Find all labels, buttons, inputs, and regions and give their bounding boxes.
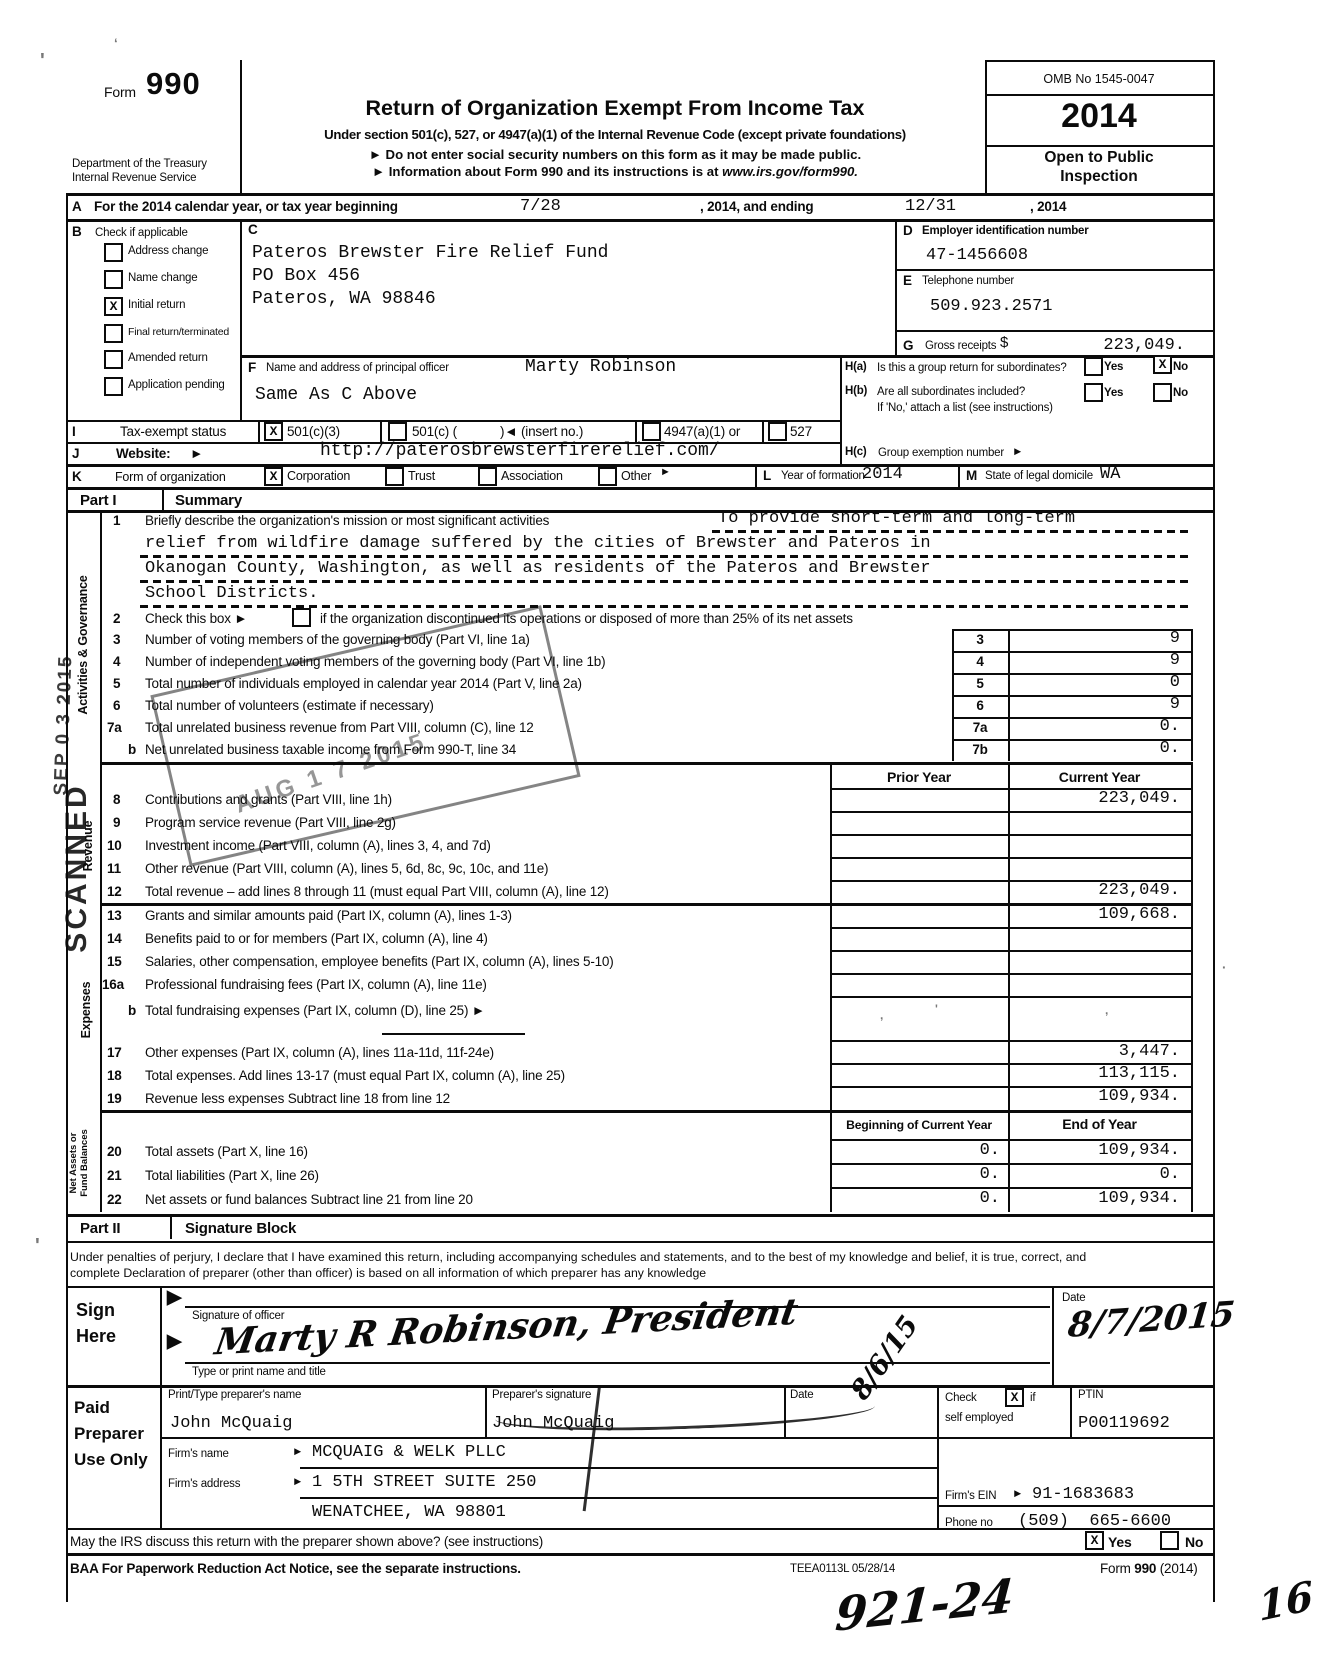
form-code: TEEA0113L 05/28/14 [790, 1563, 895, 1575]
check-if-label: if [1030, 1392, 1035, 1404]
type-print-label: Type or print name and title [192, 1366, 326, 1378]
scan-artifact: , [1105, 1003, 1108, 1017]
check-label: Check [945, 1392, 977, 1404]
ptin-value: P00119692 [1078, 1414, 1170, 1433]
divider-line [830, 973, 1193, 975]
line-number: b [128, 1003, 136, 1018]
col-header-prior-year: Prior Year [830, 769, 1008, 785]
side-label-net-assets: Net Assets orFund Balances [67, 1108, 93, 1218]
pointer-icon: ▶ [167, 1286, 182, 1309]
inspection: Inspection [985, 168, 1213, 186]
checkbox-ha-yes[interactable] [1084, 357, 1103, 376]
checkbox-4947a1[interactable] [642, 422, 661, 441]
perjury-line1: Under penalties of perjury, I declare th… [70, 1250, 1086, 1264]
line-k-id: K [72, 469, 82, 484]
gov-row-value: 9 [1012, 695, 1180, 714]
firm-ein-label: Firm's EIN [945, 1490, 996, 1502]
beginning-value: 0. [835, 1189, 1000, 1208]
line-number: 7a [107, 720, 122, 735]
tax-status-insert-no: )◄ (insert no.) [500, 424, 583, 439]
hb-yes-label: Yes [1104, 387, 1123, 399]
divider-line [937, 1505, 1215, 1507]
gov-row-box: 4 [952, 654, 1008, 669]
arrow-icon: ► [190, 446, 203, 461]
line-number: 5 [113, 676, 120, 691]
section-g-title: Gross receipts [925, 340, 996, 352]
firm-address-label: Firm's address [168, 1478, 240, 1490]
gov-row-box: 3 [952, 632, 1008, 647]
line-number: 2 [113, 611, 120, 626]
end-value: 109,934. [1012, 1141, 1180, 1160]
line-m-title: State of legal domicile [985, 470, 1093, 482]
divider-line [635, 420, 637, 442]
divider-line [985, 145, 1215, 147]
part2-title: Signature Block [185, 1220, 296, 1237]
form-bullet1: ► Do not enter social security numbers o… [250, 147, 980, 162]
divider-line [485, 1385, 487, 1437]
handwritten-note-right: 16 [1257, 1572, 1315, 1631]
section-e-id: E [903, 273, 912, 288]
divider-line [830, 857, 1193, 859]
expense-row-text: Salaries, other compensation, employee b… [145, 954, 614, 969]
section-divider [66, 1553, 1215, 1556]
hb-note: If 'No,' attach a list (see instructions… [877, 402, 1053, 414]
gov-row-box: 7a [952, 720, 1008, 735]
divider-line [300, 1467, 937, 1469]
divider-line [1191, 1110, 1193, 1212]
expense-row-text: Grants and similar amounts paid (Part IX… [145, 908, 512, 923]
divider-line [1191, 762, 1193, 1110]
firm-name-value: MCQUAIG & WELK PLLC [312, 1443, 506, 1462]
tax-status-4947a1: 4947(a)(1) or [664, 424, 740, 439]
form-footer-year: (2014) [1160, 1561, 1198, 1576]
current-value: 3,447. [1012, 1042, 1180, 1061]
scan-artifact: ' [935, 1002, 938, 1016]
arrow-icon: ► [1012, 446, 1023, 458]
org-type-association: Association [501, 469, 563, 483]
divider-line [162, 489, 164, 510]
divider-line [380, 420, 382, 442]
ha-text: Is this a group return for subordinates? [877, 362, 1067, 374]
divider-line [66, 1286, 1215, 1288]
checkbox-527[interactable] [768, 422, 787, 441]
line-a-middle: , 2014, and ending [700, 199, 813, 214]
line-a-id: A [72, 199, 82, 214]
section-divider [100, 1110, 1193, 1113]
checkbox-ha-no[interactable]: X [1153, 355, 1172, 374]
line-m-id: M [966, 468, 977, 483]
ha-no-label: No [1173, 361, 1188, 373]
line-i-title: Tax-exempt status [120, 424, 226, 439]
checkbox-discontinued[interactable] [292, 608, 311, 627]
hb-text: Are all subordinates included? [877, 386, 1025, 398]
revenue-row-text: Investment income (Part VIII, column (A)… [145, 838, 491, 853]
divider-line [895, 269, 1215, 271]
divider-line [300, 1497, 937, 1499]
divider-line [937, 1385, 939, 1528]
section-d-title: Employer identification number [922, 225, 1089, 237]
line-number: 18 [107, 1068, 122, 1083]
checkbox-amended-return[interactable] [104, 350, 123, 369]
hc-text: Group exemption number [878, 447, 1004, 459]
revenue-row-text: Other revenue (Part VIII, column (A), li… [145, 861, 548, 876]
divider-line [160, 1385, 162, 1528]
tax-status-501c: 501(c) ( [412, 424, 457, 439]
checkbox-discuss-no[interactable] [1160, 1531, 1179, 1550]
divider-line [830, 927, 1193, 929]
tax-year: 2014 [985, 97, 1213, 136]
phone-value: 509.923.2571 [930, 297, 1052, 316]
gov-row-text: Total number of individuals employed in … [145, 676, 582, 691]
checkbox-label: Application pending [128, 379, 225, 391]
line-number: 3 [113, 632, 120, 647]
website-url[interactable]: http://paterosbrewsterfirerelief.com/ [320, 441, 720, 461]
paid-label: Paid [74, 1398, 110, 1418]
line-j-id: J [72, 446, 79, 461]
gov-row-value: 0. [1012, 739, 1180, 758]
checkbox-name-change[interactable] [104, 270, 123, 289]
signature-line [185, 1362, 1050, 1364]
org-type-other: Other [621, 469, 651, 483]
part2-id: Part II [80, 1220, 120, 1237]
org-type-corporation: Corporation [287, 469, 350, 483]
arrow-icon: ► [1012, 1488, 1023, 1500]
officer-address: Same As C Above [255, 385, 417, 405]
line-l-title: Year of formation [781, 470, 865, 482]
section-b-title: Check if applicable [95, 227, 188, 239]
omb-number: OMB No 1545-0047 [985, 72, 1213, 86]
line-number: 14 [107, 931, 122, 946]
bullet2-url: www.irs.gov/form990. [722, 164, 858, 179]
line-k-title: Form of organization [115, 470, 226, 484]
checkbox-corporation[interactable]: X [264, 467, 283, 486]
officer-signature: Marty R Robinson, President [212, 1291, 801, 1364]
arrow-icon: ► [660, 466, 671, 478]
side-label-text: Expenses [79, 982, 93, 1039]
expense-row-text: Revenue less expenses Subtract line 18 f… [145, 1091, 450, 1106]
current-value: 109,934. [1012, 1087, 1180, 1106]
pointer-icon: ▶ [167, 1330, 182, 1353]
beginning-value: 0. [835, 1165, 1000, 1184]
line-number: 16a [102, 977, 124, 992]
divider-line [830, 834, 1193, 836]
line-number: 6 [113, 698, 120, 713]
divider-line [240, 219, 242, 420]
gov-row-text: Total number of volunteers (estimate if … [145, 698, 434, 713]
ein-value: 47-1456608 [926, 246, 1028, 265]
open-to-public: Open to Public [985, 149, 1213, 167]
line2-pre: Check this box ► [145, 611, 247, 626]
section-b-id: B [72, 224, 82, 239]
col-header-end-of-year: End of Year [1008, 1116, 1191, 1132]
tax-status-527: 527 [790, 424, 812, 439]
currency-symbol: $ [1000, 334, 1008, 351]
divider-line [830, 762, 832, 1110]
checkbox-label: Name change [128, 272, 197, 284]
org-name: Pateros Brewster Fire Relief Fund [252, 243, 608, 263]
checkbox-address-change[interactable] [104, 243, 123, 262]
divider-line [382, 1033, 525, 1035]
line-number: b [128, 742, 136, 757]
line-l-id: L [763, 468, 771, 483]
line-number: 19 [107, 1091, 122, 1106]
expense-row-text: Other expenses (Part IX, column (A), lin… [145, 1045, 494, 1060]
section-divider [66, 1214, 1215, 1217]
divider-line [66, 420, 840, 422]
divider-line [830, 996, 1193, 998]
bullet2-text: ► Information about Form 990 and its ins… [372, 164, 722, 179]
expense-row-text: Total fundraising expenses (Part IX, col… [145, 1003, 485, 1018]
checkbox-hb-no[interactable] [1153, 383, 1172, 402]
divider-line [240, 60, 242, 194]
divider-line [1213, 60, 1215, 1602]
checkbox-trust[interactable] [385, 467, 404, 486]
divider-line [160, 1437, 1215, 1439]
firm-city-value: WENATCHEE, WA 98801 [312, 1503, 506, 1522]
gov-row-value: 9 [1012, 651, 1180, 670]
perjury-line2: complete Declaration of preparer (other … [70, 1266, 706, 1280]
divider-line [240, 355, 1215, 358]
section-g-id: G [903, 338, 913, 353]
tax-status-501c3: 501(c)(3) [287, 424, 340, 439]
principal-officer-name: Marty Robinson [525, 357, 676, 377]
dashed-underline [712, 530, 1193, 533]
divider-line [258, 420, 260, 442]
divider-line [66, 464, 1215, 467]
line-number: 22 [107, 1192, 122, 1207]
sign-here-label1: Sign [76, 1300, 115, 1321]
discuss-no-label: No [1185, 1534, 1203, 1550]
section-divider [66, 193, 1215, 196]
form-bullet2: ► Information about Form 990 and its ins… [250, 164, 980, 179]
gov-row-text: Net unrelated business taxable income fr… [145, 742, 516, 757]
checkbox-self-employed[interactable]: X [1005, 1388, 1024, 1407]
ptin-label: PTIN [1078, 1389, 1103, 1401]
handwritten-note-center: 921-24 [834, 1568, 1016, 1641]
scan-artifact: ‘ [114, 36, 118, 51]
net-assets-line2: Fund Balances [79, 1129, 90, 1197]
line-number: 11 [107, 861, 121, 876]
col-header-beginning: Beginning of Current Year [830, 1118, 1008, 1132]
checkbox-final-return[interactable] [104, 324, 123, 343]
ha-id: H(a) [845, 361, 867, 373]
mission-line4: School Districts. [145, 584, 318, 603]
line-a-label: For the 2014 calendar year, or tax year … [94, 199, 398, 214]
checkbox-other[interactable] [598, 467, 617, 486]
checkbox-label: Address change [128, 245, 208, 257]
scan-artifact: · [1222, 960, 1226, 975]
org-address: PO Box 456 [252, 266, 360, 286]
gov-row-value: 9 [1012, 629, 1180, 648]
divider-line [895, 219, 897, 355]
org-type-trust: Trust [408, 469, 435, 483]
preparer-signature-label: Preparer's signature [492, 1389, 591, 1401]
mission-line1: To provide short-term and long-term [718, 509, 1075, 528]
section-e-title: Telephone number [922, 275, 1014, 287]
discuss-yes-label: Yes [1108, 1534, 1132, 1550]
line2-post: if the organization discontinued its ope… [320, 611, 853, 626]
gov-row-box: 6 [952, 698, 1008, 713]
sign-here-label2: Here [76, 1326, 116, 1347]
line-number: 12 [107, 884, 122, 899]
section-d-id: D [903, 223, 913, 238]
dashed-underline [140, 555, 1193, 558]
checkbox-501c3[interactable]: X [264, 422, 283, 441]
line-j-title: Website: [116, 446, 170, 461]
preparer-name-value: John McQuaig [170, 1414, 292, 1433]
checkbox-discuss-yes[interactable]: X [1085, 1531, 1104, 1550]
date-label: Date [1062, 1292, 1086, 1304]
divider-line [840, 355, 842, 464]
end-value: 109,934. [1012, 1189, 1180, 1208]
divider-line [958, 464, 960, 487]
gov-row-value: 0 [1012, 673, 1180, 692]
line-i-id: I [72, 424, 76, 439]
current-value: 113,115. [1012, 1064, 1180, 1083]
form-subtitle: Under section 501(c), 527, or 4947(a)(1)… [245, 127, 985, 142]
firm-address-value: 1 5TH STREET SUITE 250 [312, 1473, 536, 1492]
checkbox-label: Final return/terminated [128, 326, 229, 338]
balance-row-text: Total liabilities (Part X, line 26) [145, 1168, 319, 1183]
divider-line [170, 1216, 172, 1239]
divider-line [100, 512, 102, 1212]
expense-row-text: Professional fundraising fees (Part IX, … [145, 977, 487, 992]
mission-line2: relief from wildfire damage suffered by … [145, 534, 931, 553]
checkbox-label: Initial return [128, 299, 185, 311]
hb-id: H(b) [845, 385, 867, 397]
use-only-label: Use Only [74, 1450, 148, 1470]
state-of-domicile-value: WA [1100, 465, 1120, 484]
divider-line [985, 94, 1215, 96]
checkbox-501c[interactable] [388, 422, 407, 441]
line-number: 15 [107, 954, 122, 969]
org-city-state-zip: Pateros, WA 98846 [252, 289, 436, 309]
beginning-value: 0. [835, 1141, 1000, 1160]
section-divider [66, 1385, 1215, 1388]
line-number: 9 [113, 815, 120, 830]
divider-line [160, 1286, 162, 1385]
side-label-text: Activities & Governance [76, 575, 90, 714]
net-assets-line1: Net Assets or [68, 1133, 79, 1194]
preparer-name-label: Print/Type preparer's name [168, 1389, 301, 1401]
checkbox-initial-return[interactable]: X [104, 297, 123, 316]
divider-line [66, 1528, 1215, 1530]
divider-line [1008, 762, 1010, 1110]
arrow-icon: ► [292, 1446, 303, 1458]
line-number: 1 [113, 513, 120, 528]
gov-row-box: 5 [952, 676, 1008, 691]
hc-id: H(c) [845, 446, 867, 458]
current-value: 109,668. [1012, 905, 1180, 924]
checkbox-association[interactable] [478, 467, 497, 486]
line-number: 17 [107, 1045, 122, 1060]
form-footer-number: 990 [1134, 1561, 1156, 1576]
divider-line [830, 811, 1193, 813]
officer-signature-date: 8/7/2015 [1066, 1294, 1237, 1346]
tax-year-end-value: 12/31 [905, 197, 956, 216]
revenue-row-text: Total revenue – add lines 8 through 11 (… [145, 884, 609, 899]
expense-row-text: Benefits paid to or for members (Part IX… [145, 931, 488, 946]
line-a-end-year: , 2014 [1030, 199, 1066, 214]
section-divider [66, 487, 1215, 490]
firm-ein-value: 91-1683683 [1032, 1485, 1134, 1504]
ha-yes-label: Yes [1104, 361, 1123, 373]
scan-artifact: ' [40, 50, 45, 73]
form-word: Form [104, 84, 136, 100]
line-number: 21 [107, 1168, 122, 1183]
form-title: Return of Organization Exempt From Incom… [250, 96, 980, 121]
gov-row-value: 0. [1012, 717, 1180, 736]
part1-id: Part I [80, 492, 116, 509]
revenue-row-text: Program service revenue (Part VIII, line… [145, 815, 396, 830]
divider-line [895, 330, 1215, 332]
col-header-current-year: Current Year [1008, 769, 1191, 785]
line-number: 10 [107, 838, 122, 853]
revenue-row-text: Contributions and grants (Part VIII, lin… [145, 792, 392, 807]
gov-row-box: 7b [952, 742, 1008, 757]
section-c-id: C [248, 222, 258, 237]
mission-line3: Okanogan County, Washington, as well as … [145, 559, 931, 578]
gov-row-text: Total unrelated business revenue from Pa… [145, 720, 534, 735]
divider-line [66, 219, 1215, 222]
dept-line2: Internal Revenue Service [72, 172, 196, 184]
gov-row-text: Number of independent voting members of … [145, 654, 605, 669]
current-value: 223,049. [1012, 789, 1180, 808]
checkbox-hb-yes[interactable] [1084, 383, 1103, 402]
tax-year-begin-value: 7/28 [520, 197, 561, 216]
end-value: 0. [1012, 1165, 1180, 1184]
section-divider [100, 762, 1193, 765]
section-f-id: F [248, 360, 256, 375]
dashed-underline [140, 580, 1193, 583]
checkbox-application-pending[interactable] [104, 377, 123, 396]
gross-receipts-value: 223,049. [1060, 336, 1185, 355]
scan-artifact: , [880, 1008, 883, 1022]
dept-line1: Department of the Treasury [72, 158, 207, 170]
checkbox-label: Amended return [128, 352, 208, 364]
arrow-icon: ► [292, 1476, 303, 1488]
preparer-signature-date: 8/6/15 [845, 1310, 925, 1405]
year-of-formation-value: 2014 [862, 465, 903, 484]
divider-line [1052, 1286, 1054, 1385]
current-value: 223,049. [1012, 881, 1180, 900]
line-number: 8 [113, 792, 120, 807]
divider-line [1070, 1385, 1072, 1437]
line-number: 4 [113, 654, 120, 669]
side-label-text: Net Assets orFund Balances [69, 1129, 91, 1197]
preparer-label: Preparer [74, 1424, 144, 1444]
hb-no-label: No [1173, 387, 1188, 399]
form-footer-word: Form [1100, 1561, 1131, 1576]
divider-line [755, 464, 757, 487]
form-number: 990 [146, 66, 201, 102]
line-number: 13 [107, 908, 122, 923]
gov-row-text: Number of voting members of the governin… [145, 632, 530, 647]
line-number: 20 [107, 1144, 122, 1159]
section-f-title: Name and address of principal officer [266, 362, 449, 374]
divider-line [830, 950, 1193, 952]
form-990-page: ' ‘ ' · Form 990 Department of the Treas… [0, 0, 1328, 1653]
firm-name-label: Firm's name [168, 1448, 229, 1460]
baa-notice: BAA For Paperwork Reduction Act Notice, … [70, 1561, 521, 1576]
balance-row-text: Total assets (Part X, line 16) [145, 1144, 308, 1159]
scan-artifact: ' [35, 1235, 40, 1258]
line1-text: Briefly describe the organization's miss… [145, 513, 549, 528]
divider-line [762, 420, 764, 442]
self-employed-label: self employed [945, 1412, 1013, 1424]
part1-title: Summary [175, 492, 242, 509]
expense-row-text: Total expenses. Add lines 13-17 (must eq… [145, 1068, 565, 1083]
